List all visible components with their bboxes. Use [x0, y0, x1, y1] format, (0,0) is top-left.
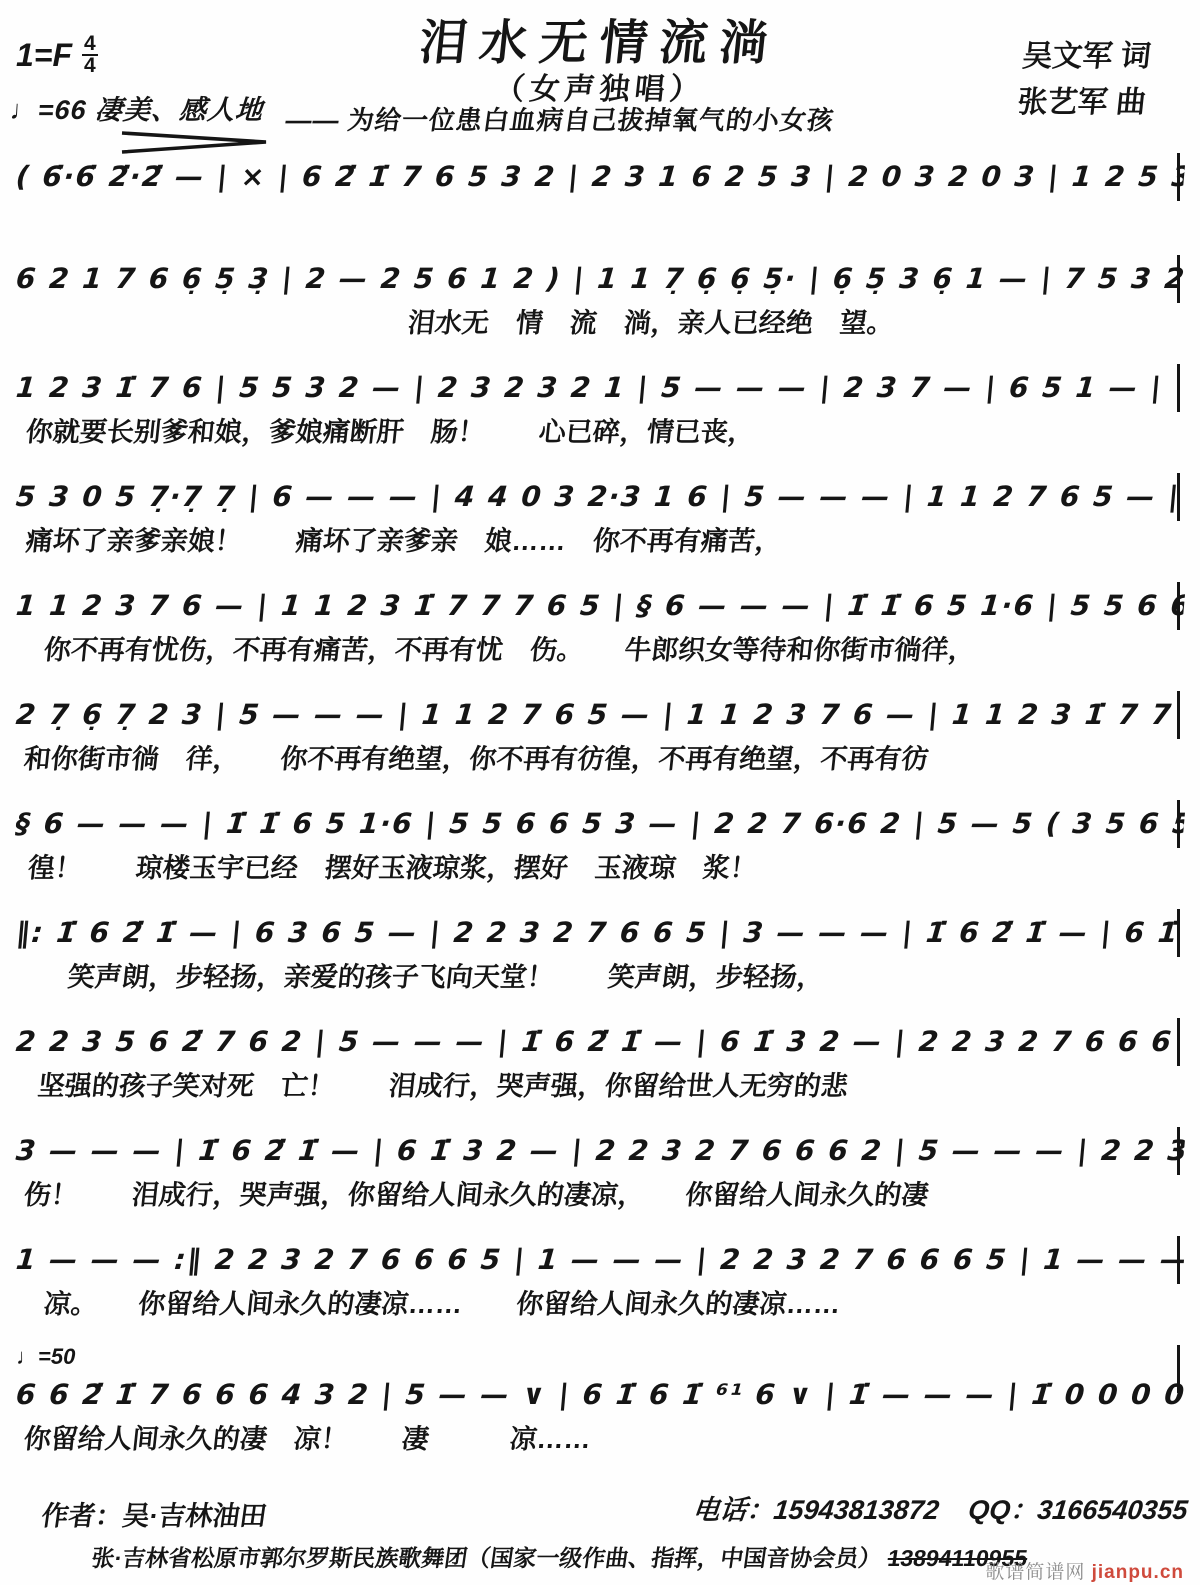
phone-number: 电话：15943813872	[691, 1495, 940, 1525]
watermark-site-name: 歌谱简谱网	[985, 1562, 1091, 1583]
right-barline	[1177, 691, 1180, 739]
lyric-line: 伤！ 泪成行，哭声强，你留给人间永久的凄凉， 你留给人间永久的凄	[22, 1176, 1186, 1214]
dedication-line: —— 为给一位患白血病自己拔掉氧气的小女孩	[283, 100, 836, 137]
notation-line: 3 — — — | 1̇ 6 2̇ 1̇ — | 6 1̇ 3 2 — | 2 …	[14, 1126, 1186, 1176]
contact-info: 电话：15943813872 QQ：3166540355	[669, 1488, 1190, 1527]
right-barline	[1177, 909, 1180, 957]
site-watermark: 歌谱简谱网 jianpu.cn	[985, 1557, 1184, 1584]
lyric-line: 痛坏了亲爹亲娘！ 痛坏了亲爹亲 娘…… 你不再有痛苦，	[24, 522, 1186, 560]
system-1: ( 6̇·6̇ 2̇·2̇ — | × | 6 2̇ 1̇ 7 6 5 3 2 …	[16, 152, 1184, 202]
time-denominator: 4	[82, 54, 98, 76]
system-10: 3 — — — | 1̇ 6 2̇ 1̇ — | 6 1̇ 3 2 — | 2 …	[16, 1126, 1184, 1214]
system-11: 1 — — — :‖ 2 2 3 2 7 6 6 6 5 | 1 — — — |…	[16, 1235, 1184, 1323]
lyric-line: 笑声朗，步轻扬，亲爱的孩子飞向天堂！ 笑声朗，步轻扬，	[66, 958, 1186, 996]
notation-line: 6 6 2̇ 1̇ 7 6 6 6 4 3 2 | 5 — — ∨ | 6 1̇…	[14, 1370, 1186, 1420]
tempo-marking: ♩=66 凄美、感人地	[9, 88, 265, 127]
key-label: 1=F	[16, 37, 72, 74]
notation-line: 2 2 3 5 6 2̇ 7 6 2 | 5 — — — | 1̇ 6 2̇ 1…	[14, 1017, 1186, 1067]
music-systems: ( 6̇·6̇ 2̇·2̇ — | × | 6 2̇ 1̇ 7 6 5 3 2 …	[16, 152, 1184, 1479]
watermark-domain: jianpu.cn	[1092, 1562, 1184, 1583]
credits: 吴文军 词 张艺军 曲	[1015, 34, 1153, 126]
lyric-line: 你就要长别爹和娘，爹娘痛断肝 肠！ 心已碎，情已丧，	[24, 413, 1186, 451]
right-barline	[1177, 364, 1180, 412]
right-barline	[1177, 1127, 1180, 1175]
affiliation-note: 张·吉林省松原市郭尔罗斯民族歌舞团（国家一级作曲、指挥，中国音协会员） 1389…	[90, 1540, 1030, 1573]
lyric-line: 徨！ 琼楼玉宇已经 摆好玉液琼浆，摆好 玉液琼 浆！	[26, 849, 1186, 887]
tempo-marking-2: ♩=50	[16, 1344, 1184, 1370]
system-4: 5 3 0 5 7̣·7̣ 7̣ | 6 — — — | 4 4 0 3 2·3…	[16, 472, 1184, 560]
right-barline	[1177, 153, 1180, 201]
right-barline	[1177, 582, 1180, 630]
song-title: 泪水无情流淌	[0, 4, 1200, 73]
right-barline	[1177, 1018, 1180, 1066]
time-numerator: 4	[84, 34, 96, 54]
system-8: ‖: 1̇ 6 2̇ 1̇ — | 6 3 6 5 — | 2 2 3 2 7 …	[16, 908, 1184, 996]
system-3: 1 2 3 1̇ 7 6 | 5 5 3 2 — | 2 3 2 3 2 1 |…	[16, 363, 1184, 451]
composer-credit: 张艺军 曲	[1015, 80, 1148, 126]
lyric-line: 泪水无 情 流 淌，亲人已经绝 望。	[406, 304, 1186, 342]
notation-line: 2 7̣ 6̣ 7̣ 2 3 | 5 — — — | 1 1 2 7 6 5 —…	[14, 690, 1186, 740]
lyricist-credit: 吴文军 词	[1020, 34, 1153, 80]
system-5: 1 1 2 3 7 6 — | 1 1 2 3 1̇ 7 7 7 6 5 | §…	[16, 581, 1184, 669]
system-9: 2 2 3 5 6 2̇ 7 6 2 | 5 — — — | 1̇ 6 2̇ 1…	[16, 1017, 1184, 1105]
notation-line: ‖: 1̇ 6 2̇ 1̇ — | 6 3 6 5 — | 2 2 3 2 7 …	[14, 908, 1186, 958]
affiliation-text: 张·吉林省松原市郭尔罗斯民族歌舞团（国家一级作曲、指挥，中国音协会员）	[90, 1545, 883, 1571]
system-6: 2 7̣ 6̣ 7̣ 2 3 | 5 — — — | 1 1 2 7 6 5 —…	[16, 690, 1184, 778]
time-signature: 4 4	[82, 34, 98, 76]
system-2: 6 2 1 7 6 6̣ 5̣ 3̣ | 2 — 2 5 6 1 2 ) | 1…	[16, 254, 1184, 342]
key-signature: 1=F 4 4	[16, 34, 98, 76]
notation-line: 1 — — — :‖ 2 2 3 2 7 6 6 6 5 | 1 — — — |…	[14, 1235, 1186, 1285]
notation-line: ( 6̇·6̇ 2̇·2̇ — | × | 6 2̇ 1̇ 7 6 5 3 2 …	[14, 152, 1186, 202]
right-barline	[1177, 1345, 1180, 1393]
lyric-line: 坚强的孩子笑对死 亡！ 泪成行，哭声强，你留给世人无穷的悲	[36, 1067, 1186, 1105]
lyric-line: 你留给人间永久的凄 凉！ 凄 凉……	[22, 1420, 1186, 1458]
notation-line: 1 2 3 1̇ 7 6 | 5 5 3 2 — | 2 3 2 3 2 1 |…	[14, 363, 1186, 413]
right-barline	[1177, 473, 1180, 521]
system-12: ♩=50 6 6 2̇ 1̇ 7 6 6 6 4 3 2 | 5 — — ∨ |…	[16, 1344, 1184, 1458]
lyric-line: 和你街市徜 徉， 你不再有绝望，你不再有彷徨，不再有绝望，不再有彷	[22, 740, 1186, 778]
notation-line: § 6 — — — | 1̇ 1̇ 6 5 1·6 | 5 5 6 6 5 3 …	[14, 799, 1186, 849]
right-barline	[1177, 1236, 1180, 1284]
notation-line: 1 1 2 3 7 6 — | 1 1 2 3 1̇ 7 7 7 6 5 | §…	[14, 581, 1186, 631]
lyric-line: 你不再有忧伤，不再有痛苦，不再有忧 伤。 牛郎织女等待和你街市徜徉，	[42, 631, 1186, 669]
sheet-music-page: 泪水无情流淌 （女声独唱） 吴文军 词 张艺军 曲 1=F 4 4 ♩=66 凄…	[0, 0, 1200, 1585]
author-note: 作者：吴·吉林油田	[39, 1494, 269, 1533]
system-7: § 6 — — — | 1̇ 1̇ 6 5 1·6 | 5 5 6 6 5 3 …	[16, 799, 1184, 887]
notation-line: 6 2 1 7 6 6̣ 5̣ 3̣ | 2 — 2 5 6 1 2 ) | 1…	[14, 254, 1186, 304]
lyric-line: 凉。 你留给人间永久的凄凉…… 你留给人间永久的凄凉……	[42, 1285, 1186, 1323]
qq-number: QQ：3166540355	[967, 1495, 1189, 1525]
notation-line: 5 3 0 5 7̣·7̣ 7̣ | 6 — — — | 4 4 0 3 2·3…	[14, 472, 1186, 522]
right-barline	[1177, 800, 1180, 848]
right-barline	[1177, 255, 1180, 303]
